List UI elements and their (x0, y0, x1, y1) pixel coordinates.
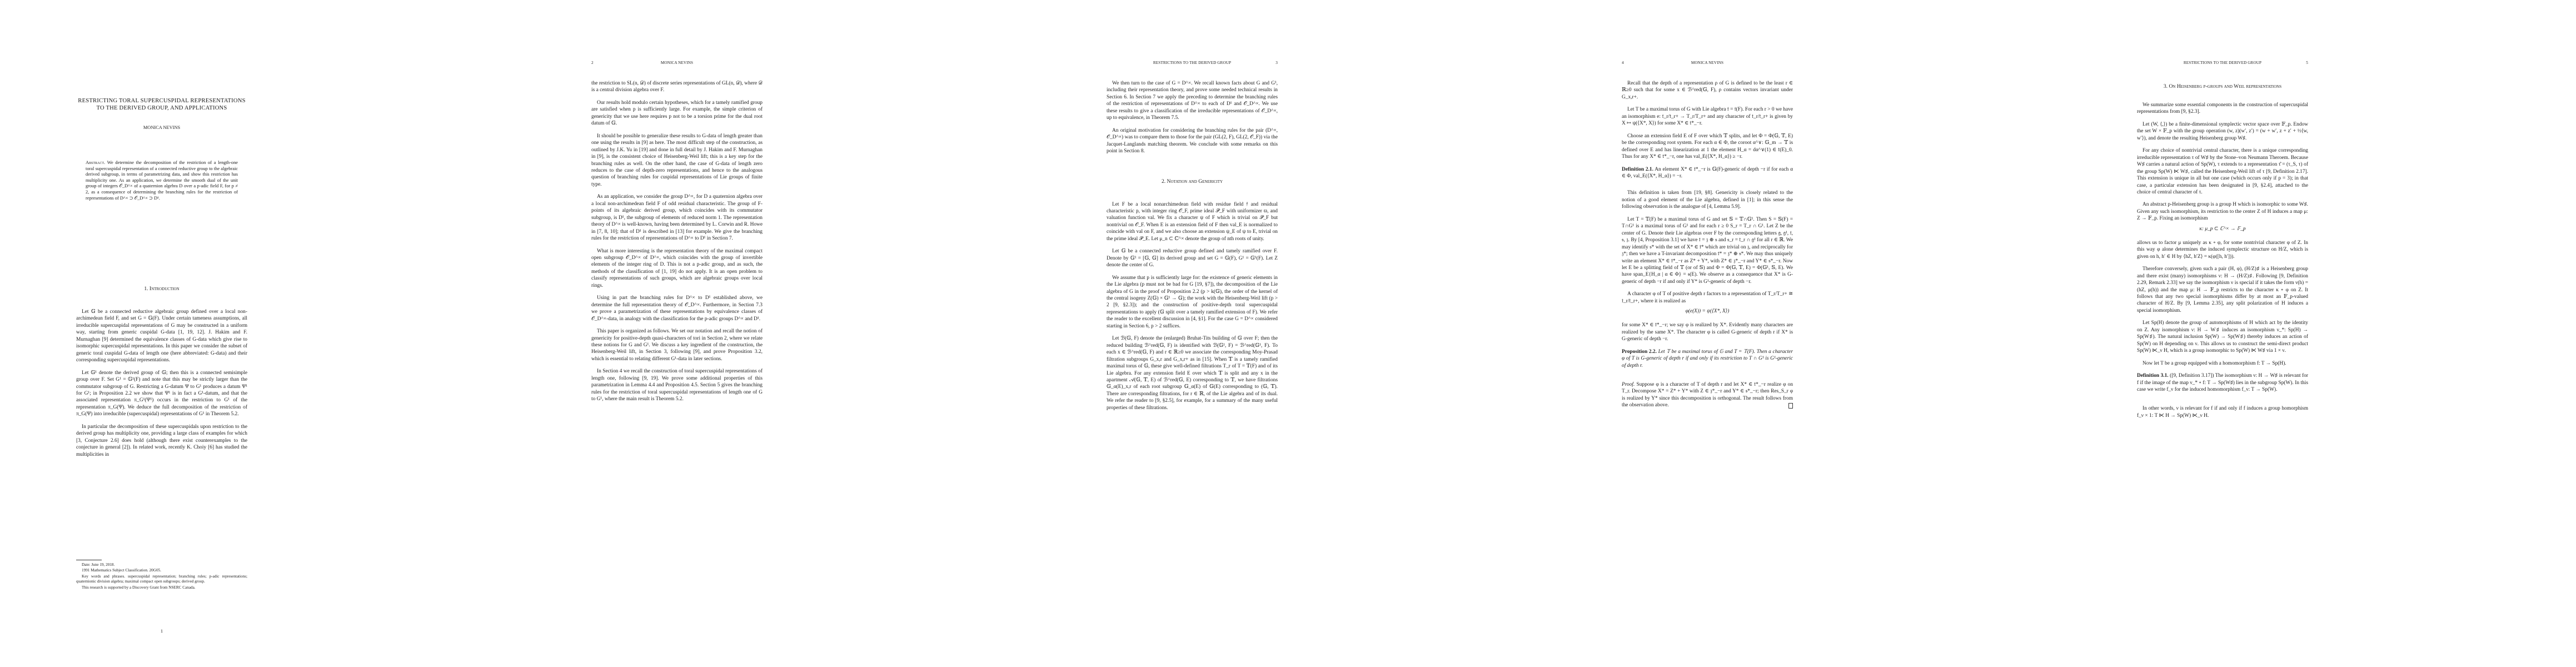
paragraph: We assume that p is sufficiently large f… (1107, 275, 1278, 330)
page-body: the restriction to SL(n, 𝒟) of discrete … (591, 80, 763, 409)
author-name: MONICA NEVINS (76, 125, 247, 130)
abstract-block: Abstract. We determine the decomposition… (76, 160, 247, 201)
paragraph: What is more interesting is the represen… (591, 248, 763, 290)
abstract-text: We determine the decomposition of the re… (86, 160, 238, 201)
paragraph: for some X* ∈ 𝔱*_−r; we say φ is realize… (1622, 322, 1793, 342)
running-header: RESTRICTIONS TO THE DERIVED GROUP 5 (2137, 61, 2308, 66)
page-body: Recall that the depth of a representatio… (1622, 80, 1793, 415)
proposition-2-2: Proposition 2.2. Let 𝕋 be a maximal toru… (1622, 349, 1793, 369)
page-body: 3. On Heisenberg p-groups and Weil repre… (2137, 83, 2308, 425)
paragraph: As an application, we consider the group… (591, 193, 763, 242)
definition-2-1: Definition 2.1. An element X* ∈ 𝔱*_−r is… (1622, 166, 1793, 180)
running-title: MONICA NEVINS (1622, 61, 1793, 65)
paragraph: It should be possible to generalize thes… (591, 133, 763, 188)
paragraph: allows us to factor μ uniquely as κ ∘ φ,… (2137, 240, 2308, 260)
paragraph: An original motivation for considering t… (1107, 127, 1278, 155)
paragraph: Choose an extension field E of F over wh… (1622, 133, 1793, 161)
paragraph: Our results hold modulo certain hypothes… (591, 99, 763, 127)
paragraph: the restriction to SL(n, 𝒟) of discrete … (591, 80, 763, 94)
paragraph: An abstract p-Heisenberg group is a grou… (2137, 201, 2308, 222)
running-header: 4 MONICA NEVINS (1622, 61, 1793, 66)
paragraph: Let (W, ⟨,⟩) be a finite-dimensional sym… (2137, 121, 2308, 142)
qed-box-icon (1788, 403, 1793, 409)
page-5: RESTRICTIONS TO THE DERIVED GROUP 5 3. O… (2061, 0, 2576, 667)
paragraph: Let 𝔾 be a connected reductive group def… (1107, 248, 1278, 268)
title-block: RESTRICTING TORAL SUPERCUSPIDAL REPRESEN… (76, 97, 247, 130)
section-heading: 3. On Heisenberg p-groups and Weil repre… (2137, 83, 2308, 89)
paper-title-line-1: RESTRICTING TORAL SUPERCUSPIDAL REPRESEN… (76, 97, 247, 104)
definition-label: Definition 2.1. (1622, 167, 1653, 172)
paragraph: In Section 4 we recall the construction … (591, 368, 763, 402)
footnote-rule (76, 560, 102, 560)
paragraph: Let 𝔾¹ denote the derived group of 𝔾; th… (76, 370, 247, 418)
paragraph: Now let T be a group equipped with a hom… (2137, 360, 2308, 367)
footnote-funding: This research is supported by a Discover… (76, 585, 247, 590)
section-heading: 1. Introduction (76, 286, 247, 292)
display-equation: φ(e(X)) = ψ(⟨X*, X⟩) (1622, 308, 1793, 314)
paragraph: Therefore conversely, given such a pair … (2137, 266, 2308, 314)
paragraph: Let ℬ(𝔾, F) denote the (enlarged) Bruhat… (1107, 335, 1278, 411)
paragraph: We summarize some essential components i… (2137, 102, 2308, 116)
paragraph: This paper is organized as follows. We s… (591, 328, 763, 362)
paragraph: Let 𝔾 be a connected reductive algebraic… (76, 308, 247, 364)
page-body: We then turn to the case of G = D^×. We … (1107, 80, 1278, 417)
page-number: 1 (76, 629, 247, 634)
running-header: 2 MONICA NEVINS (591, 61, 763, 66)
footnote-date: Date: June 19, 2018. (76, 563, 247, 568)
page-number: 5 (2306, 61, 2308, 65)
page-2: 2 MONICA NEVINS the restriction to SL(n,… (515, 0, 1030, 667)
page-3: RESTRICTIONS TO THE DERIVED GROUP 3 We t… (1030, 0, 1546, 667)
paragraph: This definition is taken from [19, §8]. … (1622, 190, 1793, 210)
abstract-label: Abstract. (86, 160, 105, 165)
running-header: RESTRICTIONS TO THE DERIVED GROUP 3 (1107, 61, 1278, 66)
running-title: RESTRICTIONS TO THE DERIVED GROUP (1107, 61, 1278, 65)
paragraph: Let Sp(H) denote the group of automorphi… (2137, 320, 2308, 354)
page-number: 3 (1275, 61, 1278, 65)
paragraph: Let T be a maximal torus of G with Lie a… (1622, 106, 1793, 127)
paragraph: A character φ of T of positive depth r f… (1622, 291, 1793, 305)
section-heading: 2. Notation and Genericity (1107, 178, 1278, 185)
definition-3-1: Definition 3.1. ([9, Definition 3.17]) T… (2137, 372, 2308, 393)
proof: Proof. Suppose φ is a character of T of … (1622, 381, 1793, 409)
paragraph: In particular the decomposition of these… (76, 424, 247, 458)
paragraph: Using in part the branching rules for D^… (591, 295, 763, 322)
proof-text: Suppose φ is a character of T of depth r… (1622, 382, 1793, 408)
running-title: RESTRICTIONS TO THE DERIVED GROUP (2137, 61, 2308, 65)
footnote-keywords: Key words and phrases. supercuspidal rep… (76, 574, 247, 585)
paragraph: Let F be a local nonarchimedean field wi… (1107, 201, 1278, 243)
page-1: RESTRICTING TORAL SUPERCUSPIDAL REPRESEN… (0, 0, 515, 667)
paragraph: For any choice of nontrivial central cha… (2137, 147, 2308, 196)
abstract: Abstract. We determine the decomposition… (86, 160, 238, 201)
paragraph: Recall that the depth of a representatio… (1622, 80, 1793, 101)
section-1: 1. Introduction Let 𝔾 be a connected red… (76, 286, 247, 464)
display-equation: κ: μ_p ⊂ ℂ^× → 𝔽_p (2137, 226, 2308, 232)
definition-label: Definition 3.1. (2137, 373, 2169, 379)
footnote-msc: 1991 Mathematics Subject Classification.… (76, 568, 247, 573)
proof-label: Proof. (1622, 382, 1635, 387)
page-4: 4 MONICA NEVINS Recall that the depth of… (1546, 0, 2061, 667)
proposition-label: Proposition 2.2. (1622, 349, 1657, 355)
paper-title-line-2: TO THE DERIVED GROUP, AND APPLICATIONS (76, 104, 247, 112)
footnotes: Date: June 19, 2018. 1991 Mathematics Su… (76, 560, 247, 591)
paragraph: Let T = 𝕋(F) be a maximal torus of G and… (1622, 216, 1793, 286)
paragraph: In other words, ν is relevant for f if a… (2137, 405, 2308, 419)
running-title: MONICA NEVINS (591, 61, 763, 65)
paragraph: We then turn to the case of G = D^×. We … (1107, 80, 1278, 122)
